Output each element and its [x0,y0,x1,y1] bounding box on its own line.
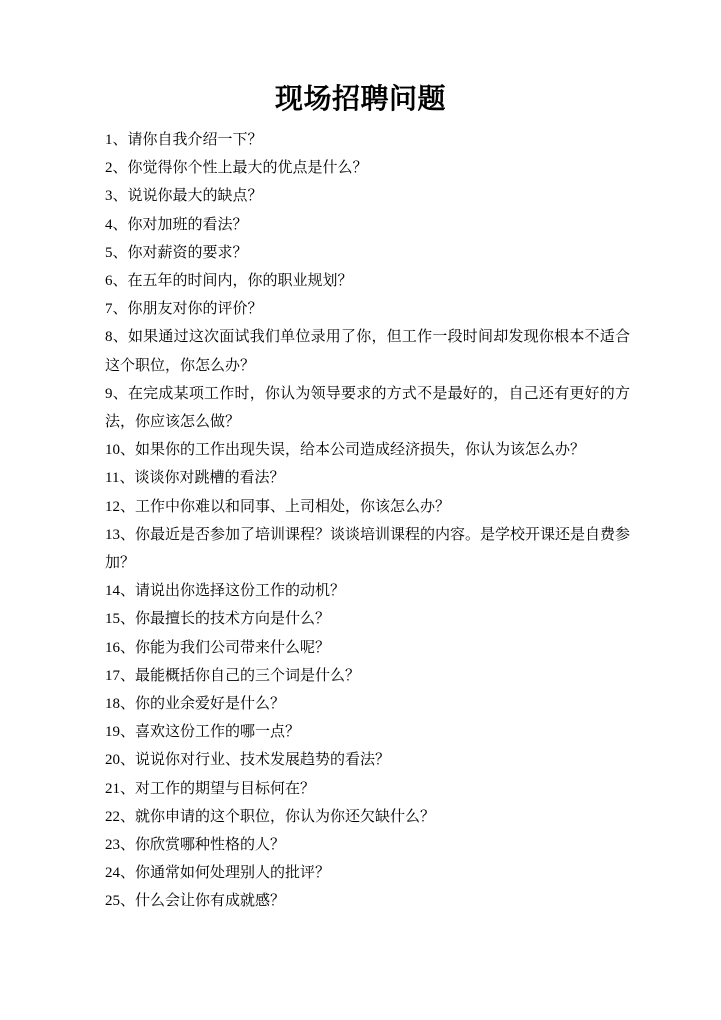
question-item: 5、你对薪资的要求？ [105,239,630,267]
question-item: 3、说说你最大的缺点？ [105,182,630,210]
question-item: 4、你对加班的看法？ [105,211,630,239]
question-list: 1、请你自我介绍一下？2、你觉得你个性上最大的优点是什么？3、说说你最大的缺点？… [105,126,630,916]
document-page: 现场招聘问题 1、请你自我介绍一下？2、你觉得你个性上最大的优点是什么？3、说说… [0,0,721,1020]
question-item: 9、在完成某项工作时，你认为领导要求的方式不是最好的，自己还有更好的方法，你应该… [105,380,630,436]
question-item: 19、喜欢这份工作的哪一点？ [105,718,630,746]
question-item: 22、就你申请的这个职位，你认为你还欠缺什么？ [105,803,630,831]
question-item: 6、在五年的时间内，你的职业规划？ [105,267,630,295]
question-item: 2、你觉得你个性上最大的优点是什么？ [105,154,630,182]
question-item: 16、你能为我们公司带来什么呢？ [105,634,630,662]
question-item: 14、请说出你选择这份工作的动机？ [105,577,630,605]
question-item: 10、如果你的工作出现失误，给本公司造成经济损失，你认为该怎么办？ [105,436,630,464]
question-item: 8、如果通过这次面试我们单位录用了你，但工作一段时间却发现你根本不适合这个职位，… [105,323,630,379]
question-item: 20、说说你对行业、技术发展趋势的看法？ [105,746,630,774]
question-item: 15、你最擅长的技术方向是什么？ [105,605,630,633]
question-item: 11、谈谈你对跳槽的看法？ [105,464,630,492]
question-item: 24、你通常如何处理别人的批评？ [105,859,630,887]
question-item: 13、你最近是否参加了培训课程？谈谈培训课程的内容。是学校开课还是自费参加？ [105,521,630,577]
question-item: 12、工作中你难以和同事、上司相处，你该怎么办？ [105,493,630,521]
question-item: 21、对工作的期望与目标何在？ [105,775,630,803]
question-item: 18、你的业余爱好是什么？ [105,690,630,718]
question-item: 1、请你自我介绍一下？ [105,126,630,154]
document-title: 现场招聘问题 [0,82,721,118]
question-item: 17、最能概括你自己的三个词是什么？ [105,662,630,690]
question-item: 23、你欣赏哪种性格的人？ [105,831,630,859]
question-item: 7、你朋友对你的评价？ [105,295,630,323]
question-item: 25、什么会让你有成就感？ [105,887,630,915]
